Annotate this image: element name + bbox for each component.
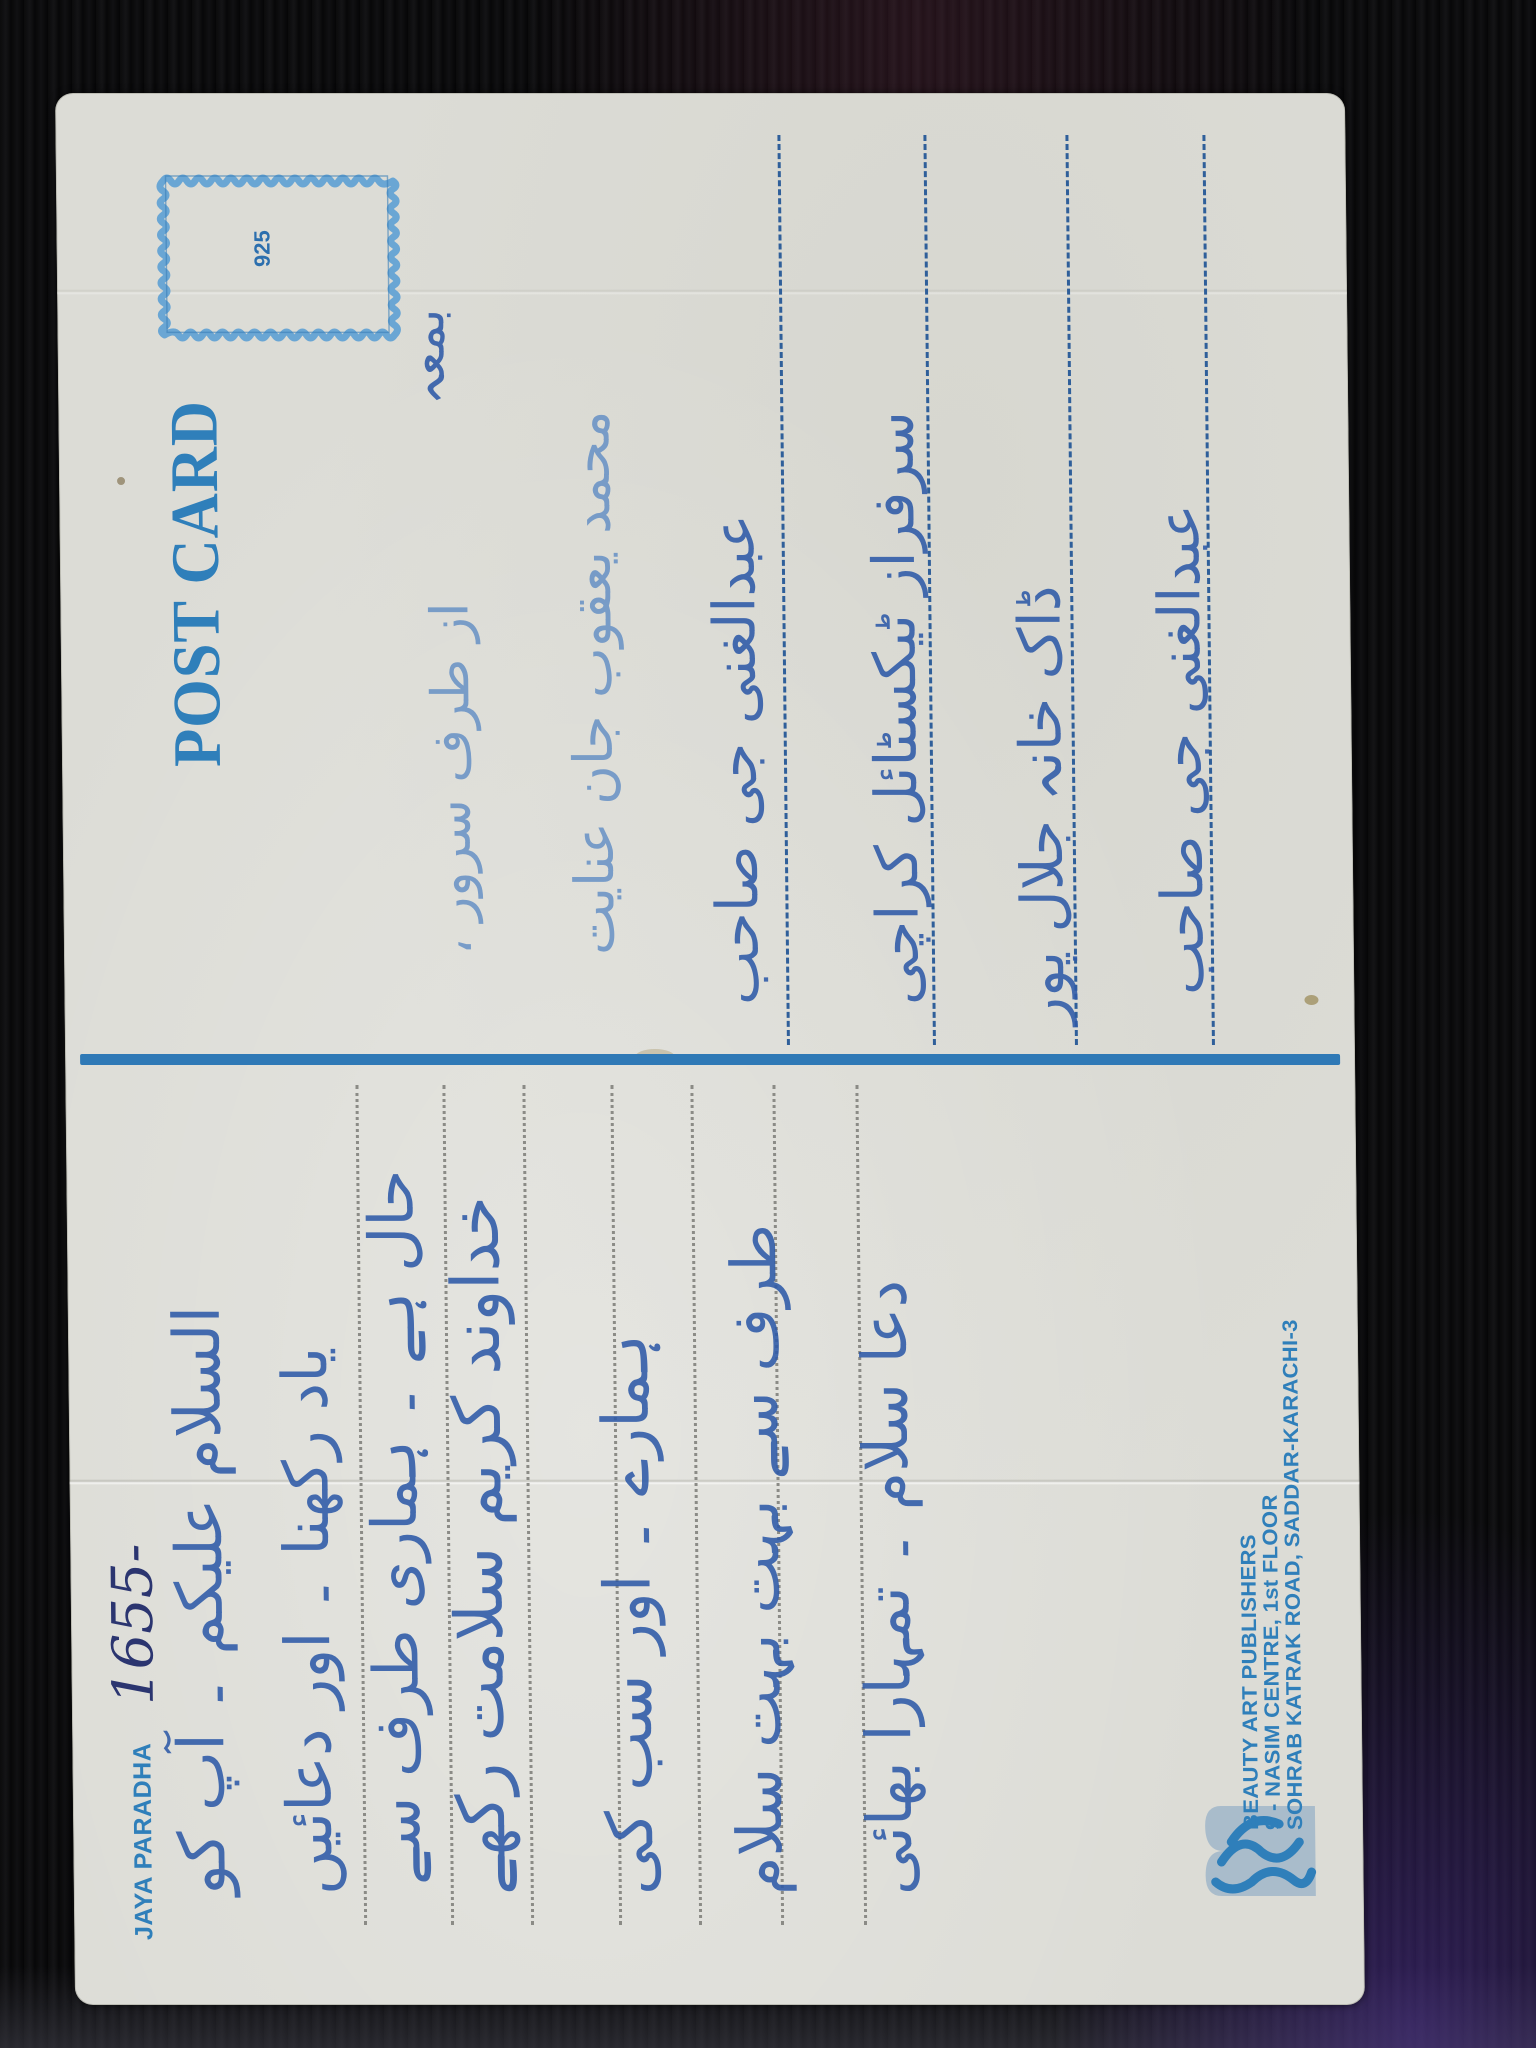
stamp-perforated-border-icon [153,163,405,345]
address-dashed-line [777,135,790,1045]
address-handwriting-line: از طرف سرور ، [420,603,484,955]
address-handwriting-line: عبدالغنی جی صاحب [699,514,772,1005]
post-card-title: POST CARD [154,400,237,767]
message-handwriting-line: ہمارے ۔ اور سب کی [588,1334,669,1895]
message-handwriting-line: السلام علیکم ۔ آپ کو [160,1306,241,1895]
message-dotted-line [690,1085,702,1925]
stamp-value: 925 [249,230,275,267]
message-handwriting-line: یاد رکھنا ۔ اور دعائیں [268,1347,347,1895]
address-handwriting-line: عبدالغنی جی صاحب [1144,504,1217,995]
message-dotted-line [522,1085,534,1925]
postcard: JAYA PARADHA 1655- السلام علیکم ۔ آپ کو … [55,93,1365,2005]
address-handwriting-line: بمعہ [397,309,456,405]
stain-spot [1304,995,1318,1005]
address-handwriting-line: سرفراز ٹیکسٹائل کراچی [858,411,932,1005]
film-title: JAYA PARADHA [128,1743,159,1940]
message-handwriting-line: طرف سے بہت بہت سلام [717,1224,797,1895]
ink-spot [117,477,125,485]
message-handwriting-line: حال ہے ۔ ہماری طرف سے [354,1170,434,1885]
address-handwriting-line: ڈاک خانہ جلال پور [1005,585,1078,1025]
stamp-box [153,163,405,345]
center-divider-line [80,1054,1340,1065]
address-handwriting-line: محمد یعقوب جان عنایت [558,411,627,955]
message-handwriting-line: خداوند کریم سلامت رکھے [437,1196,521,1895]
message-handwriting-line: دعا سلام ۔ تمہارا بھائی [847,1280,926,1895]
serial-number: 1655- [100,1544,167,1705]
publisher-imprint: BEAUTY ART PUBLISHERS 9 - NASIM CENTRE, … [1236,1344,1307,1830]
publisher-address-line-2: SOHRAB KATRAK ROAD, SADDAR-KARACHI-3 [1280,1319,1307,1830]
fold-crease [69,1479,1359,1485]
